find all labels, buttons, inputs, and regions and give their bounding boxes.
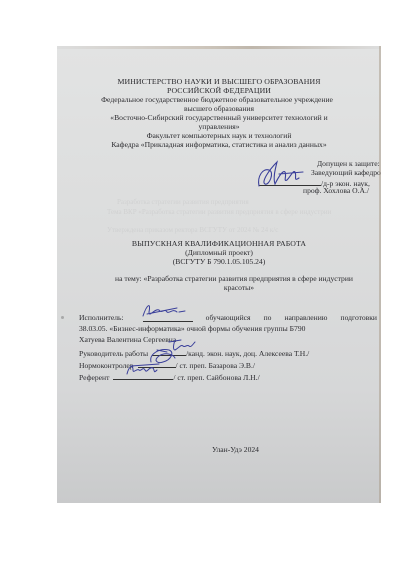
work-code: (ВСГУТУ Б 790.1.05.105.24) — [57, 257, 381, 266]
normcontrol-row: Нормоконтролер / ст. преп. Базарова Э.В.… — [79, 359, 255, 370]
city-year: Улан-Удэ 2024 — [212, 445, 259, 454]
institution-line-2: высшего образования — [57, 104, 381, 113]
document-page: Разработка стратегии развития предприяти… — [57, 46, 381, 503]
supervisor-row: Руководитель работы /канд. экон. наук, д… — [79, 347, 309, 358]
approval-position: Заведующий кафедрой — [311, 168, 381, 177]
referee-signature-line — [113, 371, 173, 380]
executor-text: обучающийся — [206, 313, 251, 322]
executor-row: Исполнитель: обучающийся по направлению … — [79, 313, 377, 322]
institution-line-1: Федеральное государственное бюджетное об… — [57, 95, 381, 104]
normcontrol-signature-line — [138, 359, 176, 368]
executor-text: направлению — [284, 313, 327, 322]
faculty-name: Факультет компьютерных наук и технологий — [57, 131, 381, 140]
referee-label: Референт — [79, 373, 109, 382]
executor-text: по — [264, 313, 272, 322]
referee-row: Референт / ст. преп. Сайбонова Л.Н./ — [79, 371, 260, 382]
executor-signature-line — [143, 313, 193, 322]
bleed-through-text: Тема ВКР «Разработка стратегии развития … — [107, 208, 331, 216]
approval-name: проф. Хохлова О.А./ — [303, 186, 369, 195]
paper-mark — [61, 316, 64, 319]
executor-name: Хатуева Валентина Сергеевна — [79, 335, 176, 344]
work-type: (Дипломный проект) — [57, 248, 381, 257]
topic-line-1: на тему: «Разработка стратегии развития … — [115, 274, 353, 283]
ministry-line-2: РОССИЙСКОЙ ФЕДЕРАЦИИ — [57, 86, 381, 95]
ministry-line-1: МИНИСТЕРСТВО НАУКИ И ВЫСШЕГО ОБРАЗОВАНИЯ — [57, 77, 381, 86]
executor-label: Исполнитель: — [79, 313, 124, 322]
bleed-through-text: Разработка стратегии развития предприяти… — [117, 198, 249, 206]
work-title: ВЫПУСКНАЯ КВАЛИФИКАЦИОННАЯ РАБОТА — [57, 239, 381, 248]
topic-line-2: красоты» — [97, 283, 381, 292]
supervisor-signature-line — [152, 347, 186, 356]
executor-program: 38.03.05. «Бизнес-информатика» очной фор… — [79, 324, 305, 333]
normcontrol-info: / ст. преп. Базарова Э.В./ — [176, 361, 255, 370]
supervisor-label: Руководитель работы — [79, 349, 148, 358]
department-name: Кафедра «Прикладная информатика, статист… — [57, 140, 381, 149]
normcontrol-label: Нормоконтролер — [79, 361, 134, 370]
bleed-through-text: Утверждена приказом ректора ВСГУТУ от 20… — [107, 226, 278, 234]
approval-heading: Допущен к защите: — [317, 159, 380, 168]
supervisor-info: /канд. экон. наук, доц. Алексеева Т.Н./ — [186, 349, 309, 358]
approval-signature-line — [259, 177, 321, 186]
executor-text: подготовки — [341, 313, 377, 322]
university-line-1: «Восточно-Сибирский государственный унив… — [57, 113, 381, 122]
university-line-2: управления» — [57, 122, 381, 131]
referee-info: / ст. преп. Сайбонова Л.Н./ — [173, 373, 259, 382]
